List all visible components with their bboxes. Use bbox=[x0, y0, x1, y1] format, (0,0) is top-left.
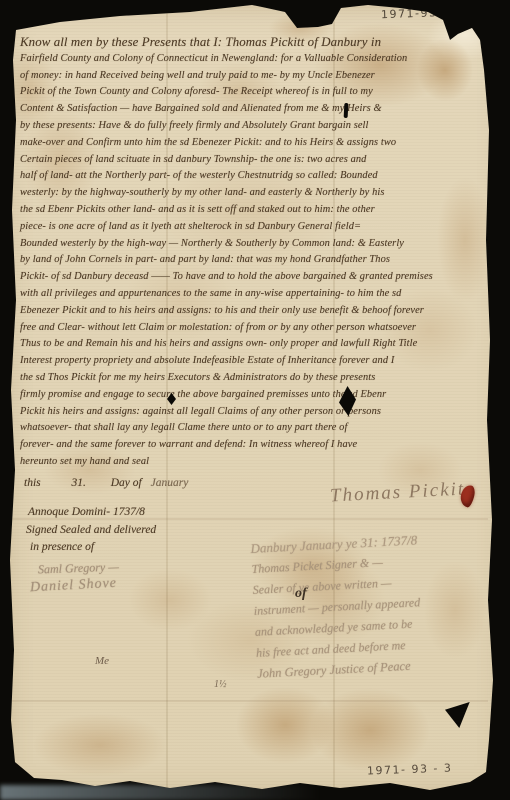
scanned-deed-photo: 1971-93-3 Know all men by these Presents… bbox=[0, 0, 510, 800]
deed-line: firmly promise and engage to secure the … bbox=[20, 387, 478, 404]
deed-body-text: Know all men by these Presents that I: T… bbox=[20, 34, 483, 471]
deed-line: westerly: by the highway-southerly by my… bbox=[20, 185, 478, 202]
stray-pencil-mark-me: Me bbox=[95, 655, 109, 667]
witness-signature: Saml Gregory — bbox=[38, 560, 119, 578]
deed-line: Pickit of the Town County and Colony afo… bbox=[20, 84, 478, 101]
deed-line: make-over and Confirm unto him the sd Eb… bbox=[20, 135, 478, 152]
deed-line: Content & Satisfaction — have Bargained … bbox=[20, 101, 478, 118]
deed-line: Fairfield County and Colony of Connectic… bbox=[20, 51, 478, 68]
acknowledgment-block: Danbury January ye 31: 1737/8 Thomas Pic… bbox=[250, 529, 424, 685]
deed-line: Pickit his heirs and assigns: against al… bbox=[20, 404, 478, 421]
horizontal-fold-crease bbox=[12, 518, 488, 520]
in-presence-line: in presence of bbox=[30, 541, 94, 553]
deed-line: of money: in hand Received being well an… bbox=[20, 68, 478, 85]
deed-line: whatsoever- that shall lay any legall Cl… bbox=[20, 420, 478, 437]
paper-hole-slit bbox=[344, 103, 349, 118]
stray-ink-mark-of: of bbox=[295, 586, 307, 602]
deed-line: piece- is one acre of land as it lyeth a… bbox=[20, 219, 478, 236]
date-month: January bbox=[151, 477, 189, 489]
catalog-number-bottom: 1971- 93 - 3 bbox=[367, 762, 453, 778]
grantor-signature: Thomas Pickit bbox=[330, 478, 466, 507]
deed-line: with all privileges and appurtenances to… bbox=[20, 286, 478, 303]
deed-line: by land of John Cornels in part- and par… bbox=[20, 252, 478, 269]
deed-line: the sd Thos Pickit for me my heirs Execu… bbox=[20, 370, 478, 387]
deed-line: by these presents: Have & do fully freel… bbox=[20, 118, 478, 135]
deed-line: Bounded westerly by the high-way — North… bbox=[20, 236, 478, 253]
deed-line: Interest property propriety and absolute… bbox=[20, 353, 478, 370]
deed-line: Thus to be and Remain his and his heirs … bbox=[20, 336, 478, 353]
deed-line: Pickit- of sd Danbury deceasd —— To have… bbox=[20, 269, 478, 286]
deed-line: free and Clear- without lett Claim or mo… bbox=[20, 320, 478, 337]
execution-date-line: this 31. Day of January bbox=[24, 477, 188, 489]
parchment-document: 1971-93-3 Know all men by these Presents… bbox=[0, 0, 510, 800]
witness-signature: Daniel Shove bbox=[30, 576, 118, 597]
deed-line: Certain pieces of land scituate in sd da… bbox=[20, 152, 478, 169]
deed-line: Ebenezer Pickit and to his heirs and ass… bbox=[20, 303, 478, 320]
catalog-number-top: 1971-93-3 bbox=[381, 6, 452, 21]
date-this: this bbox=[24, 477, 41, 489]
deed-line: half of land- att the Northerly part- of… bbox=[20, 168, 478, 185]
signed-sealed-line: Signed Sealed and delivered bbox=[26, 524, 156, 536]
date-day: 31. bbox=[72, 477, 86, 489]
stray-pencil-mark-number: 1½ bbox=[214, 679, 227, 690]
date-day-of: Day of bbox=[111, 477, 142, 489]
horizontal-fold-crease bbox=[12, 700, 488, 702]
annoque-domini-line: Annoque Domini- 1737/8 bbox=[28, 506, 145, 518]
deed-line: Know all men by these Presents that I: T… bbox=[20, 34, 478, 51]
deed-line: the sd Ebenr Pickits other land- and as … bbox=[20, 202, 478, 219]
deed-line: hereunto set my hand and seal bbox=[20, 454, 478, 471]
deed-line: forever- and the same forever to warrant… bbox=[20, 437, 478, 454]
